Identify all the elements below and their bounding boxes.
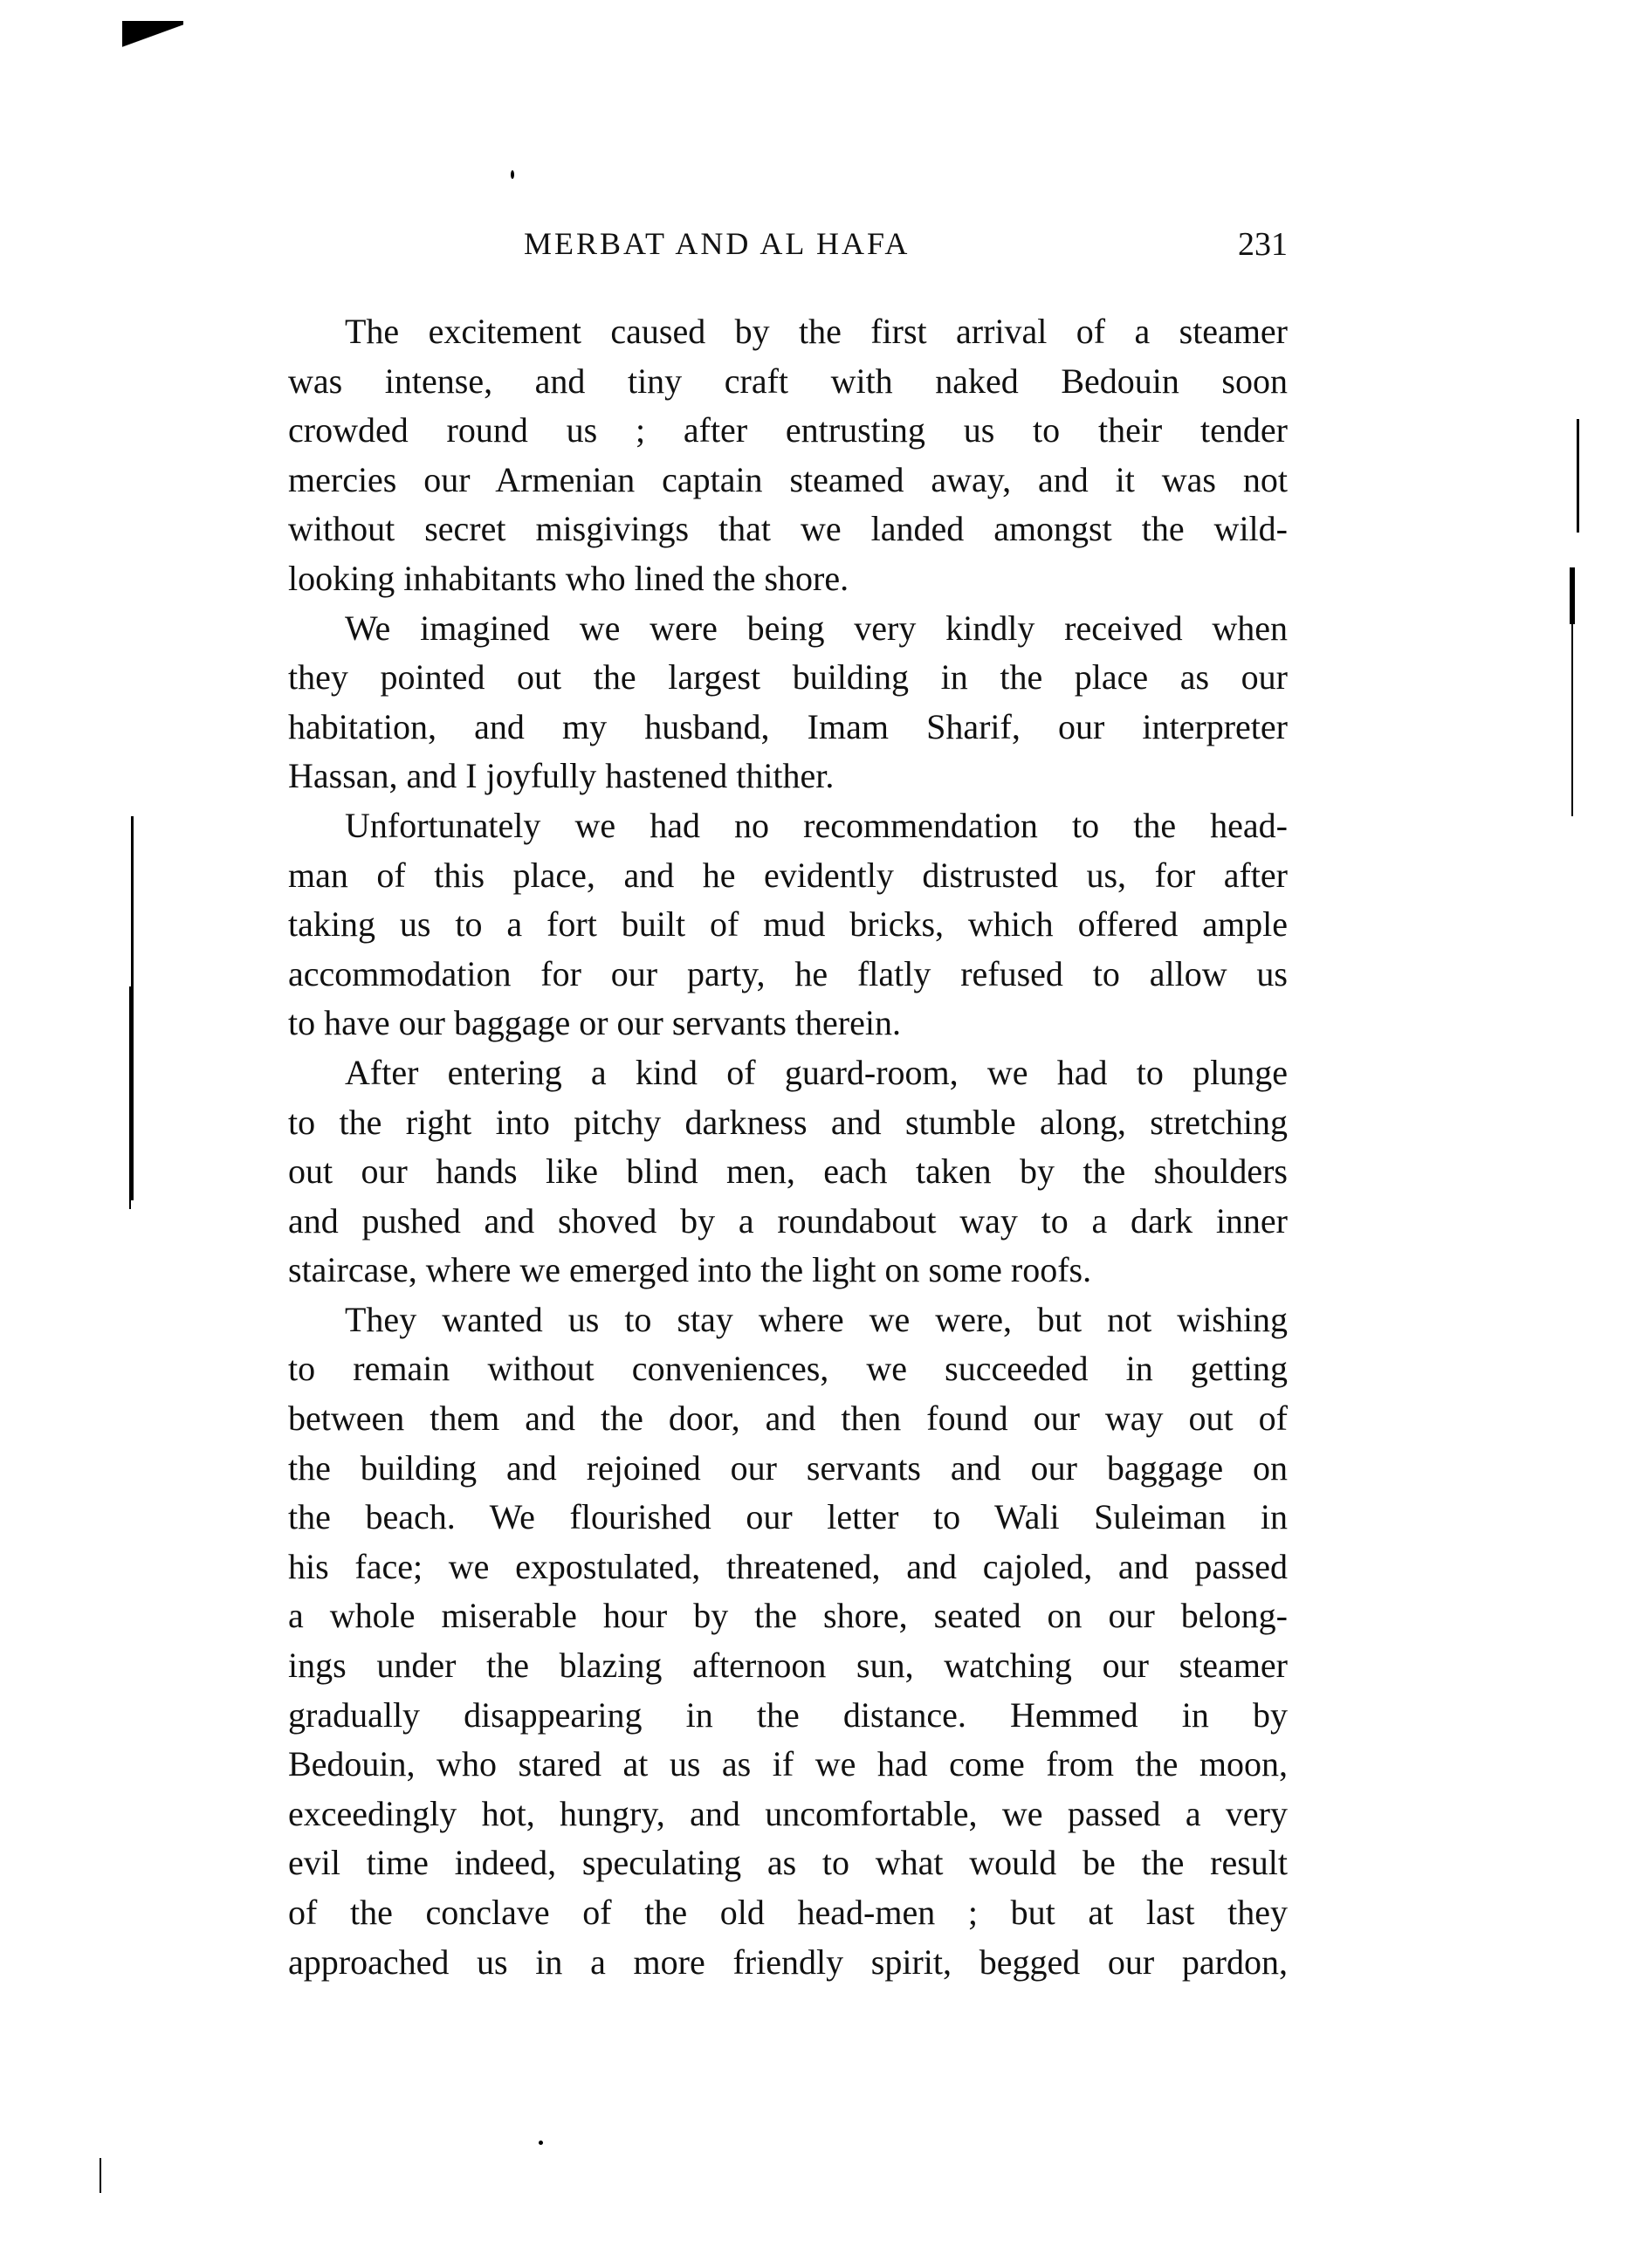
- scan-speck: [539, 2141, 543, 2145]
- text-line: approached us in a more friendly spirit,…: [288, 1938, 1288, 1988]
- text-line: and pushed and shoved by a roundabout wa…: [288, 1197, 1288, 1247]
- body-text: The excitement caused by the first arriv…: [288, 307, 1288, 1987]
- running-header: MERBAT AND AL HAFA 231: [288, 225, 1288, 269]
- text-line: to the right into pitchy darkness and st…: [288, 1098, 1288, 1148]
- scan-corner-mark: [122, 21, 183, 56]
- text-line: was intense, and tiny craft with naked B…: [288, 357, 1288, 407]
- text-line: looking inhabitants who lined the shore.: [288, 554, 1288, 604]
- text-line: his face; we expostulated, threatened, a…: [288, 1543, 1288, 1592]
- text-line: accommodation for our party, he flatly r…: [288, 950, 1288, 1000]
- scan-speck: [511, 170, 514, 179]
- scan-margin-line-right-3: [1571, 624, 1573, 816]
- text-line: Unfortunately we had no recommendation t…: [288, 801, 1288, 851]
- text-line: a whole miserable hour by the shore, sea…: [288, 1591, 1288, 1641]
- text-line: between them and the door, and then foun…: [288, 1394, 1288, 1444]
- scan-margin-line-left-lower: [129, 986, 131, 1209]
- scan-margin-line-right: [1577, 419, 1579, 533]
- book-page: MERBAT AND AL HAFA 231 The excitement ca…: [0, 0, 1629, 2268]
- text-line: to remain without conveniences, we succe…: [288, 1344, 1288, 1394]
- text-line: We imagined we were being very kindly re…: [288, 604, 1288, 654]
- text-line: gradually disappearing in the distance. …: [288, 1691, 1288, 1741]
- text-line: to have our baggage or our servants ther…: [288, 999, 1288, 1048]
- text-line: exceedingly hot, hungry, and uncomfortab…: [288, 1790, 1288, 1839]
- text-line: staircase, where we emerged into the lig…: [288, 1246, 1288, 1296]
- text-line: evil time indeed, speculating as to what…: [288, 1838, 1288, 1888]
- text-line: Hassan, and I joyfully hastened thither.: [288, 752, 1288, 801]
- text-line: mercies our Armenian captain steamed awa…: [288, 456, 1288, 505]
- text-line: the building and rejoined our servants a…: [288, 1444, 1288, 1494]
- text-line: of the conclave of the old head-men ; bu…: [288, 1888, 1288, 1938]
- scan-margin-line-left: [131, 816, 134, 1200]
- text-line: habitation, and my husband, Imam Sharif,…: [288, 703, 1288, 753]
- text-line: without secret misgivings that we landed…: [288, 505, 1288, 554]
- text-line: After entering a kind of guard-room, we …: [288, 1048, 1288, 1098]
- text-line: They wanted us to stay where we were, bu…: [288, 1296, 1288, 1345]
- page-number: 231: [1238, 225, 1288, 264]
- scan-margin-line-bottom-left: [100, 2158, 101, 2193]
- text-line: man of this place, and he evidently dist…: [288, 851, 1288, 901]
- text-line: taking us to a fort built of mud bricks,…: [288, 900, 1288, 950]
- text-line: ings under the blazing afternoon sun, wa…: [288, 1641, 1288, 1691]
- running-title: MERBAT AND AL HAFA: [524, 225, 910, 262]
- text-line: crowded round us ; after entrusting us t…: [288, 406, 1288, 456]
- text-line: they pointed out the largest building in…: [288, 653, 1288, 703]
- text-line: the beach. We flourished our letter to W…: [288, 1493, 1288, 1543]
- text-line: Bedouin, who stared at us as if we had c…: [288, 1740, 1288, 1790]
- text-line: The excitement caused by the first arriv…: [288, 307, 1288, 357]
- text-line: out our hands like blind men, each taken…: [288, 1147, 1288, 1197]
- scan-margin-line-right-2: [1570, 567, 1575, 624]
